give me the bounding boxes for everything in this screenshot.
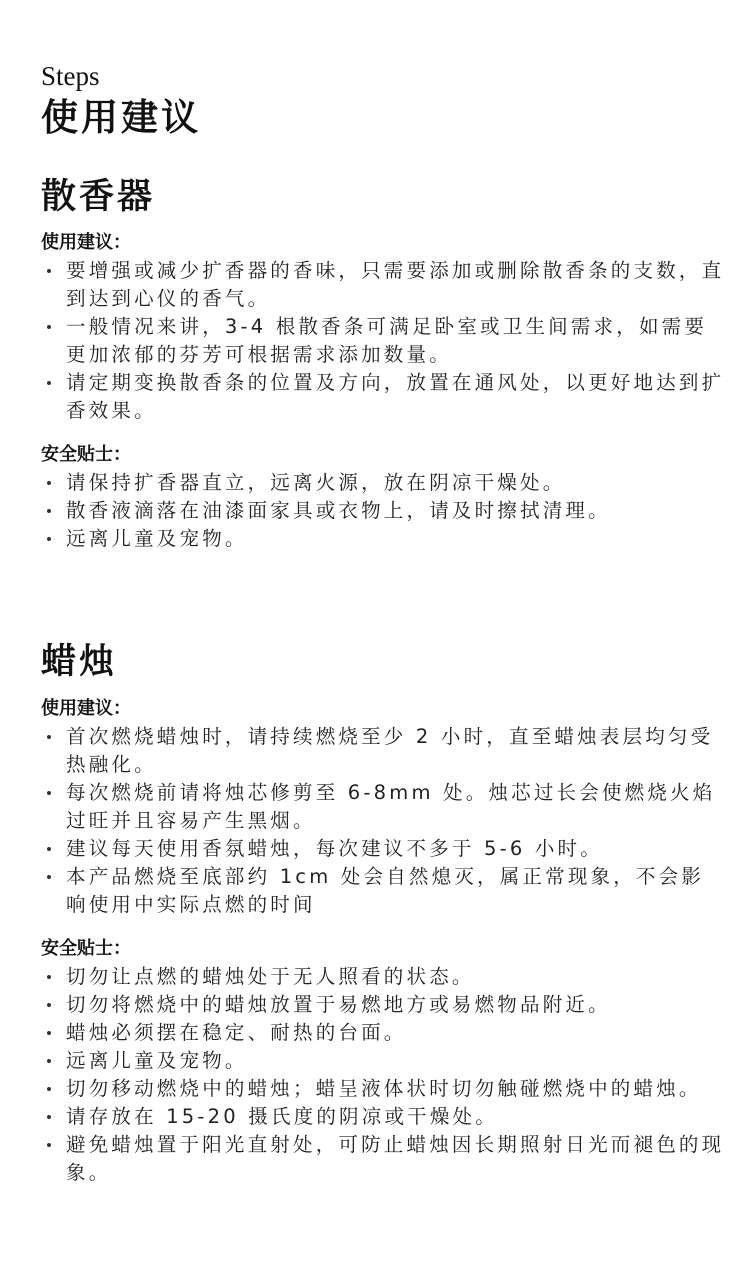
list-item: 切勿让点燃的蜡烛处于无人照看的状态。	[41, 963, 726, 991]
bullet-icon	[47, 537, 51, 541]
list-item: 每次燃烧前请将烛芯修剪至 6-8mm 处。烛芯过长会使燃烧火焰过旺并且容易产生黑…	[41, 779, 726, 835]
list-item: 散香液滴落在油漆面家具或衣物上，请及时擦拭清理。	[41, 497, 726, 525]
bullet-icon	[47, 325, 51, 329]
safety-group: 安全贴士： 切勿让点燃的蜡烛处于无人照看的状态。 切勿将燃烧中的蜡烛放置于易燃地…	[41, 937, 750, 1187]
list-item-text: 首次燃烧蜡烛时，请持续燃烧至少 2 小时，直至蜡烛表层均匀受热融化。	[66, 725, 713, 776]
list-item-text: 避免蜡烛置于阳光直射处，可防止蜡烛因长期照射日光而褪色的现象。	[66, 1133, 724, 1184]
list-item-text: 切勿移动燃烧中的蜡烛；蜡呈液体状时切勿触碰燃烧中的蜡烛。	[66, 1077, 702, 1100]
list-item: 建议每天使用香氛蜡烛，每次建议不多于 5-6 小时。	[41, 835, 726, 863]
list-item-text: 每次燃烧前请将烛芯修剪至 6-8mm 处。烛芯过长会使燃烧火焰过旺并且容易产生黑…	[66, 781, 715, 832]
list-item-text: 请保持扩香器直立，远离火源，放在阴凉干燥处。	[66, 471, 565, 494]
list-item-text: 散香液滴落在油漆面家具或衣物上，请及时擦拭清理。	[66, 499, 611, 522]
safety-list: 请保持扩香器直立，远离火源，放在阴凉干燥处。 散香液滴落在油漆面家具或衣物上，请…	[41, 469, 750, 553]
group-title: 安全贴士：	[41, 443, 750, 467]
bullet-icon	[47, 381, 51, 385]
list-item: 首次燃烧蜡烛时，请持续燃烧至少 2 小时，直至蜡烛表层均匀受热融化。	[41, 723, 726, 779]
bullet-icon	[47, 735, 51, 739]
list-item: 要增强或减少扩香器的香味，只需要添加或删除散香条的支数，直到达到心仪的香气。	[41, 257, 726, 313]
list-item-text: 远离儿童及宠物。	[66, 527, 248, 550]
list-item: 远离儿童及宠物。	[41, 525, 726, 553]
usage-list: 要增强或减少扩香器的香味，只需要添加或删除散香条的支数，直到达到心仪的香气。 一…	[41, 257, 750, 425]
section-title: 散香器	[41, 176, 750, 218]
list-item-text: 一般情况来讲，3-4 根散香条可满足卧室或卫生间需求，如需要更加浓郁的芬芳可根据…	[66, 315, 707, 366]
bullet-icon	[47, 1003, 51, 1007]
usage-list: 首次燃烧蜡烛时，请持续燃烧至少 2 小时，直至蜡烛表层均匀受热融化。 每次燃烧前…	[41, 723, 750, 919]
list-item-text: 要增强或减少扩香器的香味，只需要添加或删除散香条的支数，直到达到心仪的香气。	[66, 259, 724, 310]
list-item-text: 切勿让点燃的蜡烛处于无人照看的状态。	[66, 965, 475, 988]
bullet-icon	[47, 975, 51, 979]
safety-list: 切勿让点燃的蜡烛处于无人照看的状态。 切勿将燃烧中的蜡烛放置于易燃地方或易燃物品…	[41, 963, 750, 1187]
bullet-icon	[47, 481, 51, 485]
list-item: 蜡烛必须摆在稳定、耐热的台面。	[41, 1019, 726, 1047]
list-item: 远离儿童及宠物。	[41, 1047, 726, 1075]
bullet-icon	[47, 1031, 51, 1035]
section-diffuser: 散香器 使用建议： 要增强或减少扩香器的香味，只需要添加或删除散香条的支数，直到…	[41, 176, 750, 553]
bullet-icon	[47, 269, 51, 273]
eyebrow-label: Steps	[41, 60, 100, 92]
bullet-icon	[47, 875, 51, 879]
list-item: 切勿将燃烧中的蜡烛放置于易燃地方或易燃物品附近。	[41, 991, 726, 1019]
safety-group: 安全贴士： 请保持扩香器直立，远离火源，放在阴凉干燥处。 散香液滴落在油漆面家具…	[41, 443, 750, 553]
usage-group: 使用建议： 首次燃烧蜡烛时，请持续燃烧至少 2 小时，直至蜡烛表层均匀受热融化。…	[41, 697, 750, 919]
list-item-text: 请存放在 15-20 摄氏度的阴凉或干燥处。	[66, 1105, 498, 1128]
section-candle: 蜡烛 使用建议： 首次燃烧蜡烛时，请持续燃烧至少 2 小时，直至蜡烛表层均匀受热…	[41, 641, 750, 1187]
list-item-text: 建议每天使用香氛蜡烛，每次建议不多于 5-6 小时。	[66, 837, 603, 860]
list-item: 避免蜡烛置于阳光直射处，可防止蜡烛因长期照射日光而褪色的现象。	[41, 1131, 726, 1187]
list-item-text: 本产品燃烧至底部约 1cm 处会自然熄灭，属正常现象，不会影响使用中实际点燃的时…	[66, 865, 704, 916]
list-item-text: 切勿将燃烧中的蜡烛放置于易燃地方或易燃物品附近。	[66, 993, 611, 1016]
bullet-icon	[47, 1059, 51, 1063]
bullet-icon	[47, 1087, 51, 1091]
bullet-icon	[47, 791, 51, 795]
list-item: 切勿移动燃烧中的蜡烛；蜡呈液体状时切勿触碰燃烧中的蜡烛。	[41, 1075, 726, 1103]
list-item: 本产品燃烧至底部约 1cm 处会自然熄灭，属正常现象，不会影响使用中实际点燃的时…	[41, 863, 726, 919]
bullet-icon	[47, 1143, 51, 1147]
list-item-text: 请定期变换散香条的位置及方向，放置在通风处，以更好地达到扩香效果。	[66, 371, 724, 422]
bullet-icon	[47, 847, 51, 851]
group-title: 使用建议：	[41, 231, 750, 255]
section-title: 蜡烛	[41, 641, 750, 683]
page-title: 使用建议	[41, 96, 201, 140]
group-title: 使用建议：	[41, 697, 750, 721]
list-item: 请存放在 15-20 摄氏度的阴凉或干燥处。	[41, 1103, 726, 1131]
bullet-icon	[47, 509, 51, 513]
group-title: 安全贴士：	[41, 937, 750, 961]
usage-group: 使用建议： 要增强或减少扩香器的香味，只需要添加或删除散香条的支数，直到达到心仪…	[41, 231, 750, 425]
list-item: 请定期变换散香条的位置及方向，放置在通风处，以更好地达到扩香效果。	[41, 369, 726, 425]
list-item-text: 远离儿童及宠物。	[66, 1049, 248, 1072]
bullet-icon	[47, 1115, 51, 1119]
list-item: 一般情况来讲，3-4 根散香条可满足卧室或卫生间需求，如需要更加浓郁的芬芳可根据…	[41, 313, 726, 369]
list-item-text: 蜡烛必须摆在稳定、耐热的台面。	[66, 1021, 407, 1044]
list-item: 请保持扩香器直立，远离火源，放在阴凉干燥处。	[41, 469, 726, 497]
